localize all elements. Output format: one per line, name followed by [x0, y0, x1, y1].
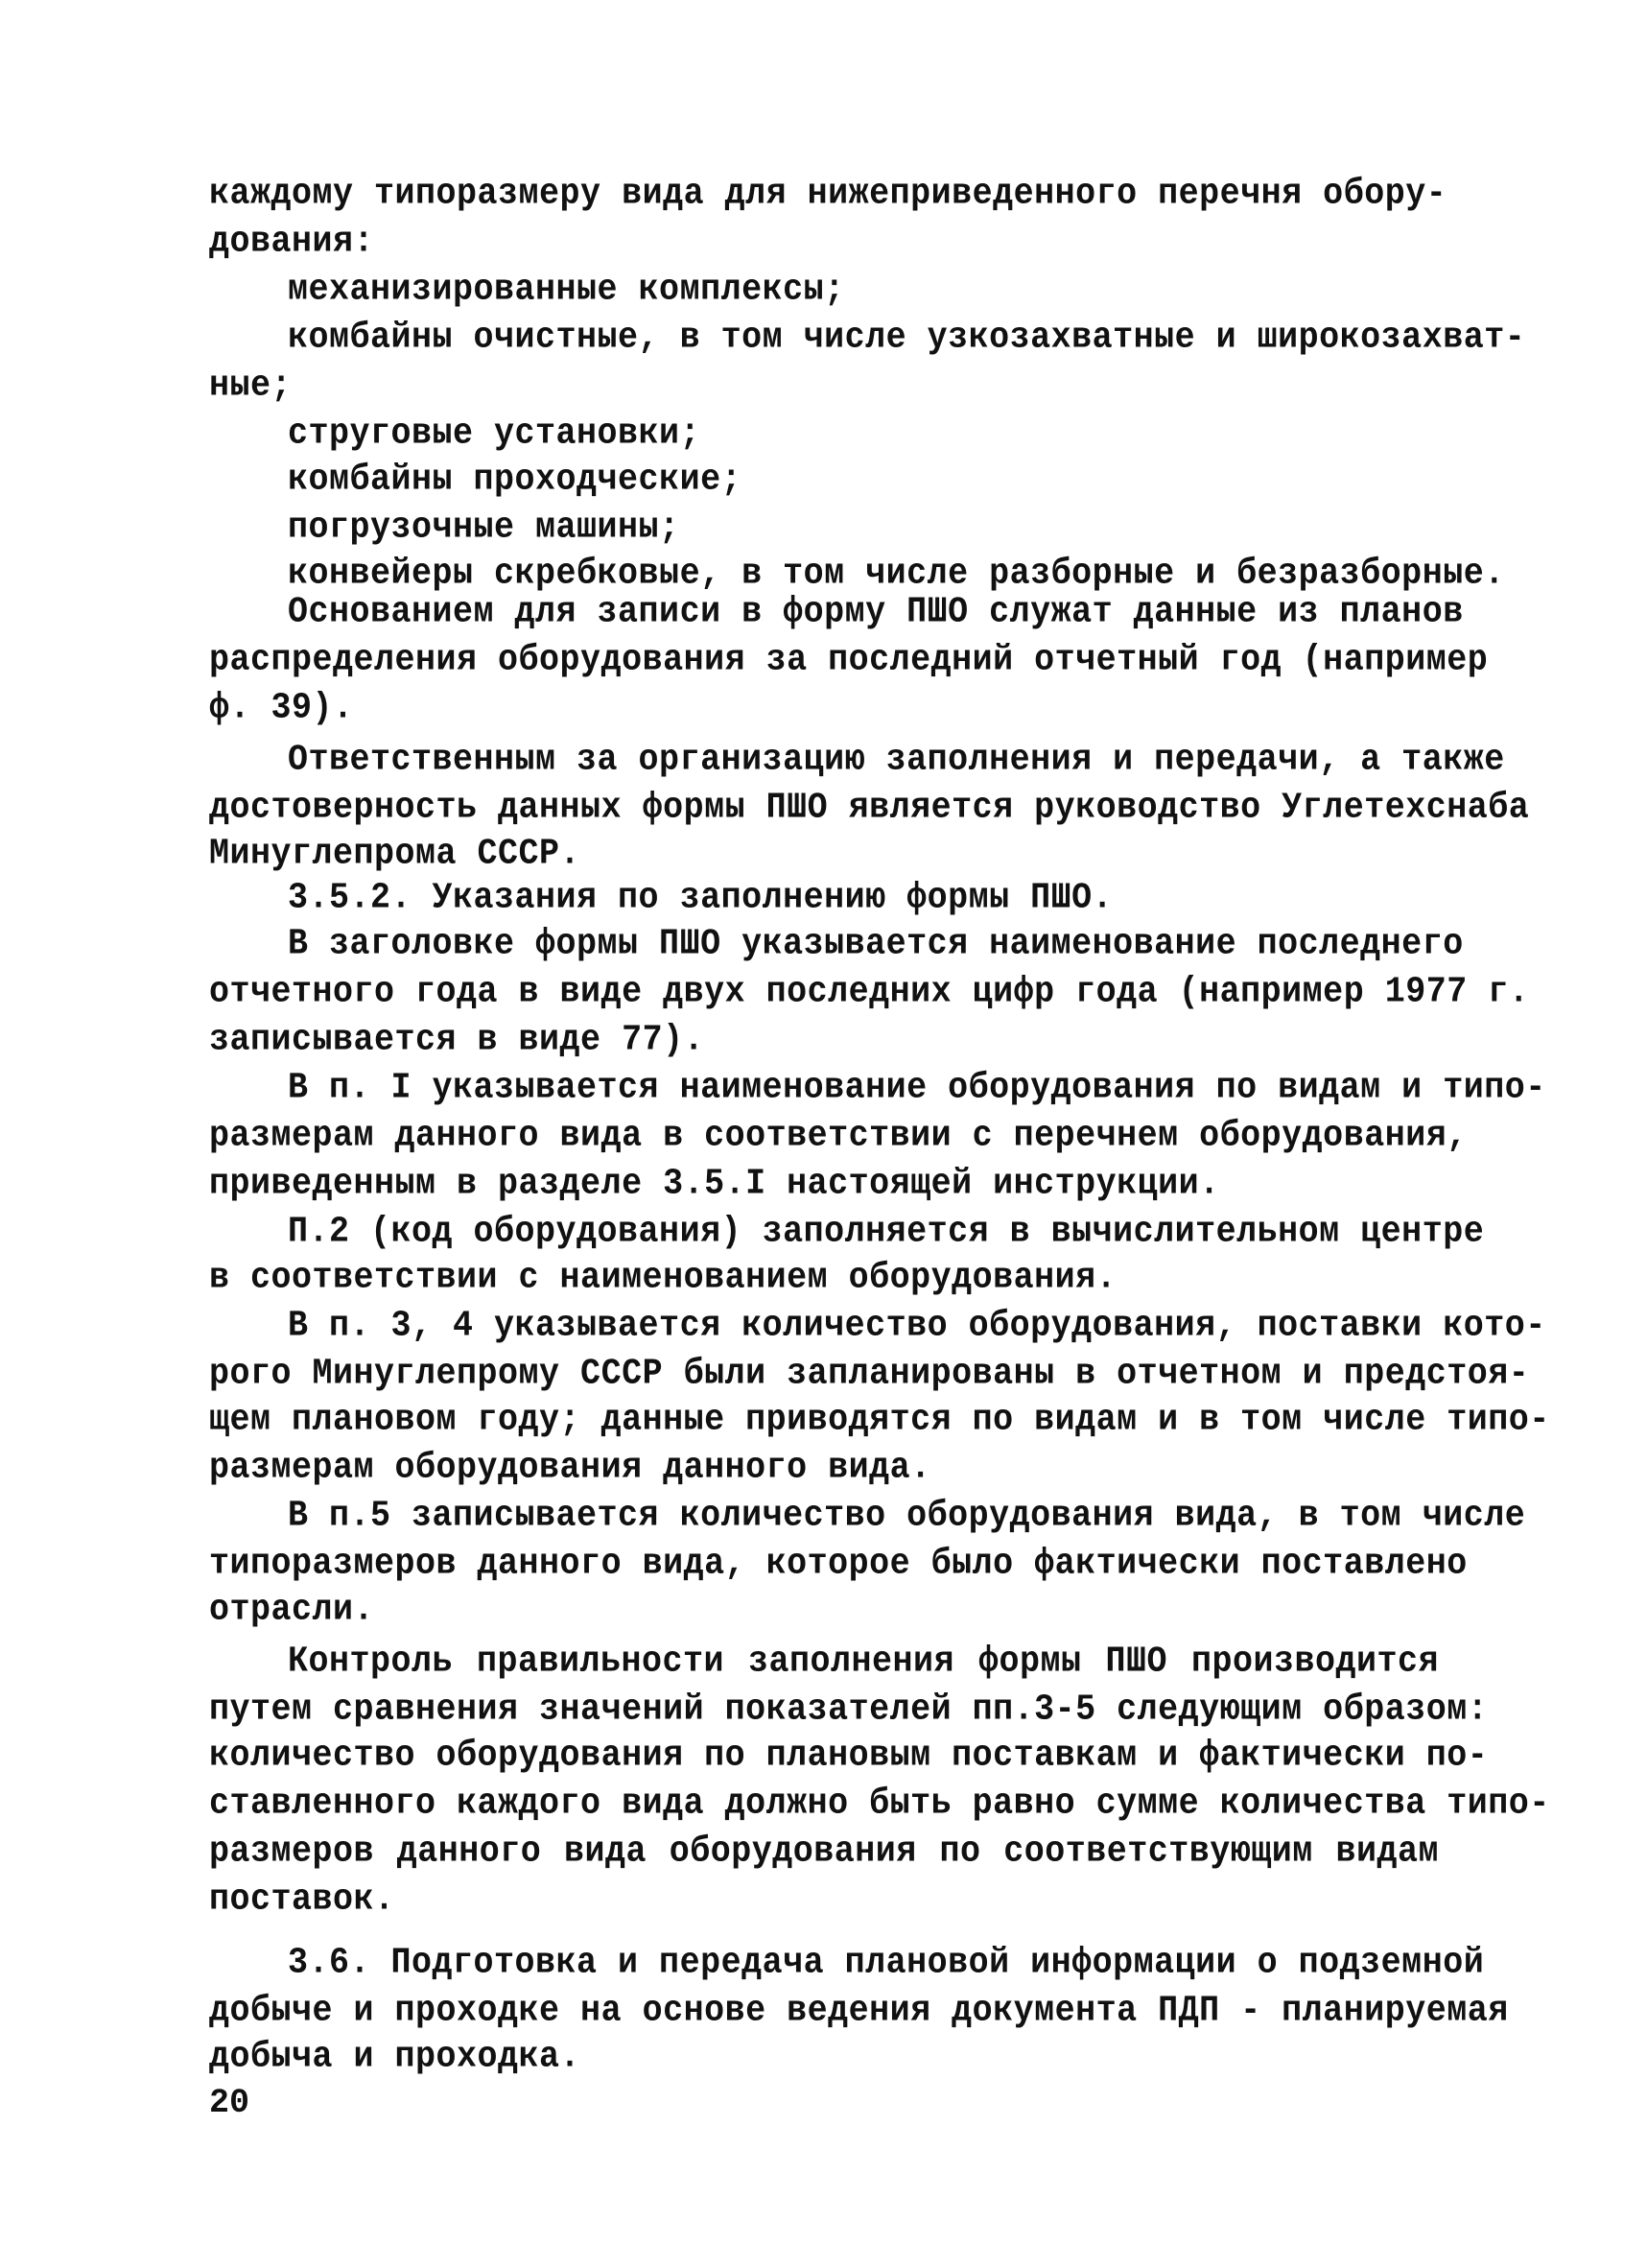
text-line: распределения оборудования за последний …	[209, 637, 1439, 683]
text-line: П.2 (код оборудования) заполняется в выч…	[288, 1209, 1439, 1255]
text-line: типоразмеров данного вида, которое было …	[209, 1541, 1439, 1587]
text-line: достоверность данных формы ПШО является …	[209, 785, 1439, 831]
text-line: приведенным в разделе 3.5.I настоящей ин…	[209, 1161, 1439, 1207]
text-line: в соответствии с наименованием оборудова…	[209, 1255, 1439, 1301]
text-line: поставок.	[209, 1877, 1439, 1923]
text-line: комбайны проходческие;	[288, 457, 1439, 503]
text-line: добыча и проходка.	[209, 2034, 1439, 2080]
text-line: Контроль правильности заполнения формы П…	[288, 1639, 1439, 1685]
text-line: 3.6. Подготовка и передача плановой инфо…	[288, 1940, 1439, 1986]
page-number: 20	[209, 2082, 249, 2124]
text-line: В заголовке формы ПШО указывается наимен…	[288, 921, 1439, 967]
text-line: Основанием для записи в форму ПШО служат…	[288, 589, 1439, 635]
text-line: ные;	[209, 363, 1439, 409]
text-line: В п. I указывается наименование оборудов…	[288, 1065, 1439, 1111]
text-line: В п. 3, 4 указывается количество оборудо…	[288, 1303, 1439, 1349]
text-line: рого Минуглепрому СССР были запланирован…	[209, 1351, 1439, 1397]
text-line: количество оборудования по плановым пост…	[209, 1733, 1439, 1779]
text-line: 3.5.2. Указания по заполнению формы ПШО.	[288, 875, 1439, 921]
text-line: отчетного года в виде двух последних циф…	[209, 969, 1439, 1015]
text-line: отрасли.	[209, 1587, 1439, 1633]
document-page: каждому типоразмеру вида для нижеприведе…	[0, 0, 1647, 2268]
text-line: ф. 39).	[209, 685, 1439, 731]
text-line: струговые установки;	[288, 411, 1439, 457]
text-line: щем плановом году; данные приводятся по …	[209, 1397, 1439, 1443]
text-line: добыче и проходке на основе ведения доку…	[209, 1988, 1439, 2034]
text-line: дования:	[209, 219, 1439, 265]
text-line: путем сравнения значений показателей пп.…	[209, 1687, 1439, 1733]
text-line: В п.5 записывается количество оборудован…	[288, 1493, 1439, 1539]
text-line: записывается в виде 77).	[209, 1017, 1439, 1063]
text-line: размерам оборудования данного вида.	[209, 1445, 1439, 1491]
text-line: размеров данного вида оборудования по со…	[209, 1829, 1439, 1875]
text-line: Минуглепрома СССР.	[209, 831, 1439, 877]
text-line: ставленного каждого вида должно быть рав…	[209, 1781, 1439, 1827]
text-line: механизированные комплексы;	[288, 267, 1439, 313]
text-line: Ответственным за организацию заполнения …	[288, 737, 1439, 783]
text-line: погрузочные машины;	[288, 505, 1439, 551]
text-line: каждому типоразмеру вида для нижеприведе…	[209, 171, 1439, 217]
text-line: комбайны очистные, в том числе узкозахва…	[288, 315, 1439, 361]
text-line: размерам данного вида в соответствии с п…	[209, 1113, 1439, 1159]
